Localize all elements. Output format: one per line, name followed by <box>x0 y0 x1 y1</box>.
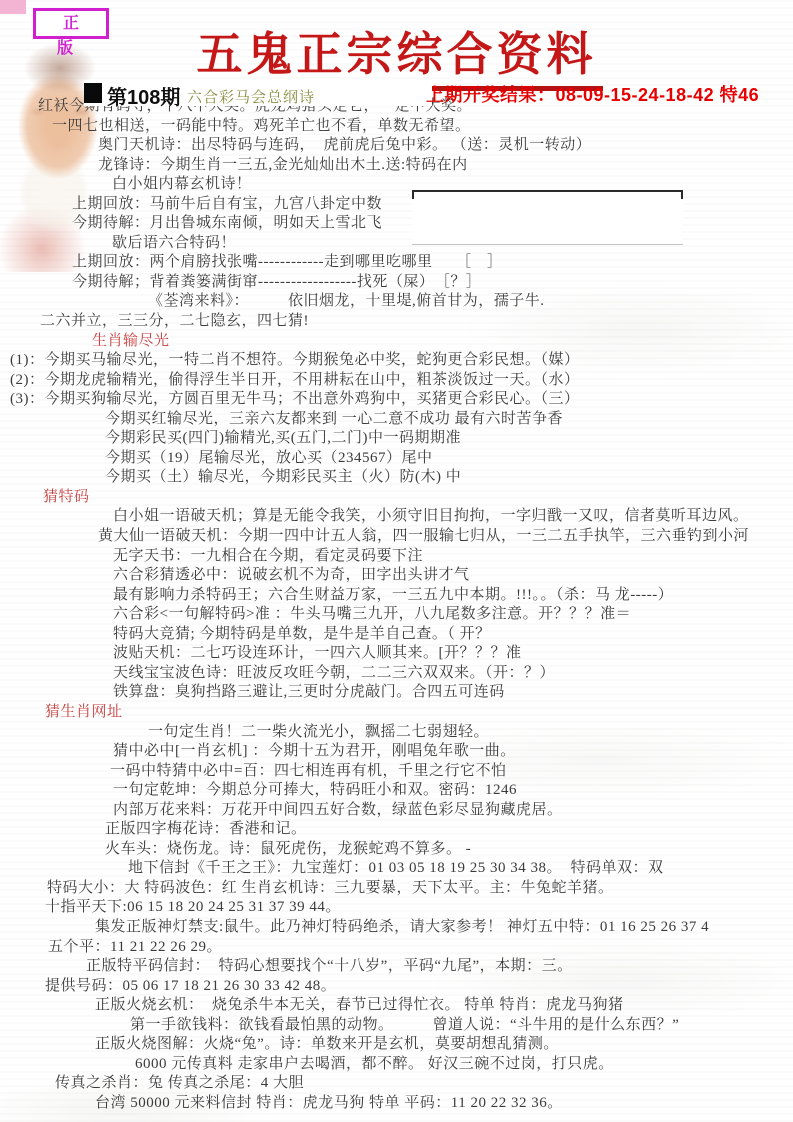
text-line: 波贴天机：二七巧设连环计，一四六人顺其来。[开？？？准 <box>0 644 793 664</box>
body-lines: 红袄今期有码寻，十八中大奖。虎龙鸡猪头定它，一定中大奖。一四七也相送，一码能中特… <box>0 97 793 1113</box>
section-header: 猜生肖网址 <box>0 703 793 723</box>
blank-overlay-box <box>412 190 683 245</box>
issue-number: 第108期 <box>107 81 180 110</box>
text-line: 龙锋诗：今期生肖一三五,金光灿灿出木土.送:特码在内 <box>0 156 793 176</box>
document-page: 正 版 五鬼正宗综合资料 第108期 六合彩马会总纲诗 上期开奖结果：08-09… <box>0 0 793 1122</box>
text-line: 内部万花来料：万花开中间四五好合数，绿蓝色彩尽显狗藏虎居。 <box>0 801 793 821</box>
last-draw-result: 上期开奖结果：08-09-15-24-18-42 特46 <box>426 81 759 107</box>
black-chip-mark <box>84 83 102 103</box>
text-line: 天线宝宝波色诗：旺波反攻旺今朝，二二三六双双来。（开：？） <box>0 664 793 684</box>
text-line: 提供号码：05 06 17 18 21 26 30 33 42 48。 <box>0 977 793 997</box>
text-line: 黄大仙一语破天机：今期一四中计五人翁，四一服输七归从，一三二五手执竿，三六垂钓到… <box>0 527 793 547</box>
text-line: 五个平：11 21 22 26 29。 <box>0 938 793 958</box>
text-line: 猜中必中[一肖玄机] ：今期十五为君开，刚唱兔年歌一曲。 <box>0 742 793 762</box>
text-line: 上期回放：两个肩膀找张嘴------------走到哪里吃哪里 ［ ］ <box>0 253 793 273</box>
text-line: 一句定生肖！二一柴火流光小，飘摇二七弱翅轻。 <box>0 723 793 743</box>
text-line: 今期彩民买(四门)输精光,买(五门,二门)中一码期期准 <box>0 429 793 449</box>
text-line: 十指平天下:06 15 18 20 24 25 31 37 39 44。 <box>0 898 793 918</box>
text-line: 二六并立，三三分，二七隐玄，四七猜! <box>0 312 793 332</box>
text-line: 一码中特猜中必中=百：四七相连再有机，千里之行它不怕 <box>0 762 793 782</box>
section-header: 猜特码 <box>0 488 793 508</box>
text-line: 传真之杀肖：兔 传真之杀尾：4 大胆 <box>0 1074 793 1094</box>
text-line: 今期买红输尽光，三亲六友都来到 一心二意不成功 最有六时苦争香 <box>0 410 793 430</box>
text-line: 正版火烧玄机： 烧兔杀牛本无关，春节已过得忙衣。 特单 特肖：虎龙马狗猪 <box>0 996 793 1016</box>
text-line: 最有影响力杀特码王；六合生财益万家，一三五九中本期。!!!。。（杀：马 龙---… <box>0 586 793 606</box>
text-line: (2)：今期龙虎输精光，偷得浮生半日开，不用耕耘在山中，粗茶淡饭过一天。（水） <box>0 371 793 391</box>
text-line: 今期买（土）输尽光，今期彩民买主（火）防(木) 中 <box>0 468 793 488</box>
text-line: 正版火烧图解：火烧“兔”。诗：单数来开是玄机，莫要胡想乱猜测。 <box>0 1035 793 1055</box>
issue-subtitle: 六合彩马会总纲诗 <box>187 86 315 107</box>
text-line: 6000 元传真料 走家串户去喝酒，都不醉。 好汉三碗不过岗，打只虎。 <box>0 1055 793 1075</box>
text-line: 今期待解；背着粪篓满街窜------------------找死（屎） ［？］ <box>0 273 793 293</box>
text-line: 一四七也相送，一码能中特。鸡死羊亡也不看，单数无希望。 <box>0 117 793 137</box>
text-line: 台湾 50000 元来料信封 特肖：虎龙马狗 特单 平码：11 20 22 32… <box>0 1094 793 1114</box>
text-line: 白小姐一语破天机；算是无能令我笑，小须守旧目拘拘，一字归戬一又叹，信者莫听耳边风… <box>0 507 793 527</box>
text-line: 特码大小：大 特码波色：红 生肖玄机诗：三九要暴，天下太平。主：牛兔蛇羊猪。 <box>0 879 793 899</box>
text-line: 正版特平码信封： 特码心想要找个“十八岁”，平码“九尾”，本期：三。 <box>0 957 793 977</box>
text-line: 今期买（19）尾输尽光，放心买（234567）尾中 <box>0 449 793 469</box>
text-line: 《荃湾来料》： 依旧烟龙，十里堤,俯首甘为，孺子牛. <box>0 292 793 312</box>
text-line: 特码大竞猜; 今期特码是单数，是牛是羊自己查。（ 开？ <box>0 625 793 645</box>
text-line: (3)：今期买狗输尽光，方圆百里无牛马；不出意外鸡狗中，买猪更合彩民心。（三） <box>0 390 793 410</box>
text-line: 无字天书：一九相合在今期，看定灵码要下注 <box>0 547 793 567</box>
pink-corner-mark <box>0 0 26 14</box>
text-line: 集发正版神灯禁支:鼠牛。此乃神灯特码绝杀，请大家参考！ 神灯五中特：01 16 … <box>0 918 793 938</box>
text-line: 火车头：烧伤龙。诗：鼠死虎伤，龙猴蛇鸡不算多。 - <box>0 840 793 860</box>
text-line: 六合彩猜透必中：说破玄机不为奇，田字出头讲才气 <box>0 566 793 586</box>
text-line: 第一手欲钱料：欲钱看最怕黑的动物。 曾道人说：“斗牛用的是什么东西？” <box>0 1016 793 1036</box>
text-line: 六合彩<一句解特码>准 ：牛头马嘴三九开，八九尾数多注意。开？？？准＝ <box>0 605 793 625</box>
text-line: 正版四字梅花诗：香港和记。 <box>0 820 793 840</box>
text-line: (1)：今期买马输尽光，一特二肖不想符。今期猴兔必中奖，蛇狗更合彩民想。（媒） <box>0 351 793 371</box>
authentic-badge: 正 版 <box>33 8 109 39</box>
text-line: 地下信封《千王之王》：九宝莲灯：01 03 05 18 19 25 30 34 … <box>0 859 793 879</box>
text-line: 铁算盘：臭狗挡路三避让,三更时分虎敲门。合四五可连码 <box>0 683 793 703</box>
text-line: 一句定乾坤：今期总分可捧大，特码旺小和双。密码：1246 <box>0 781 793 801</box>
text-line: 奥门天机诗：出尽特码与连码， 虎前虎后兔中彩。 （送：灵机一转动） <box>0 136 793 156</box>
section-header: 生肖输尽光 <box>0 332 793 352</box>
